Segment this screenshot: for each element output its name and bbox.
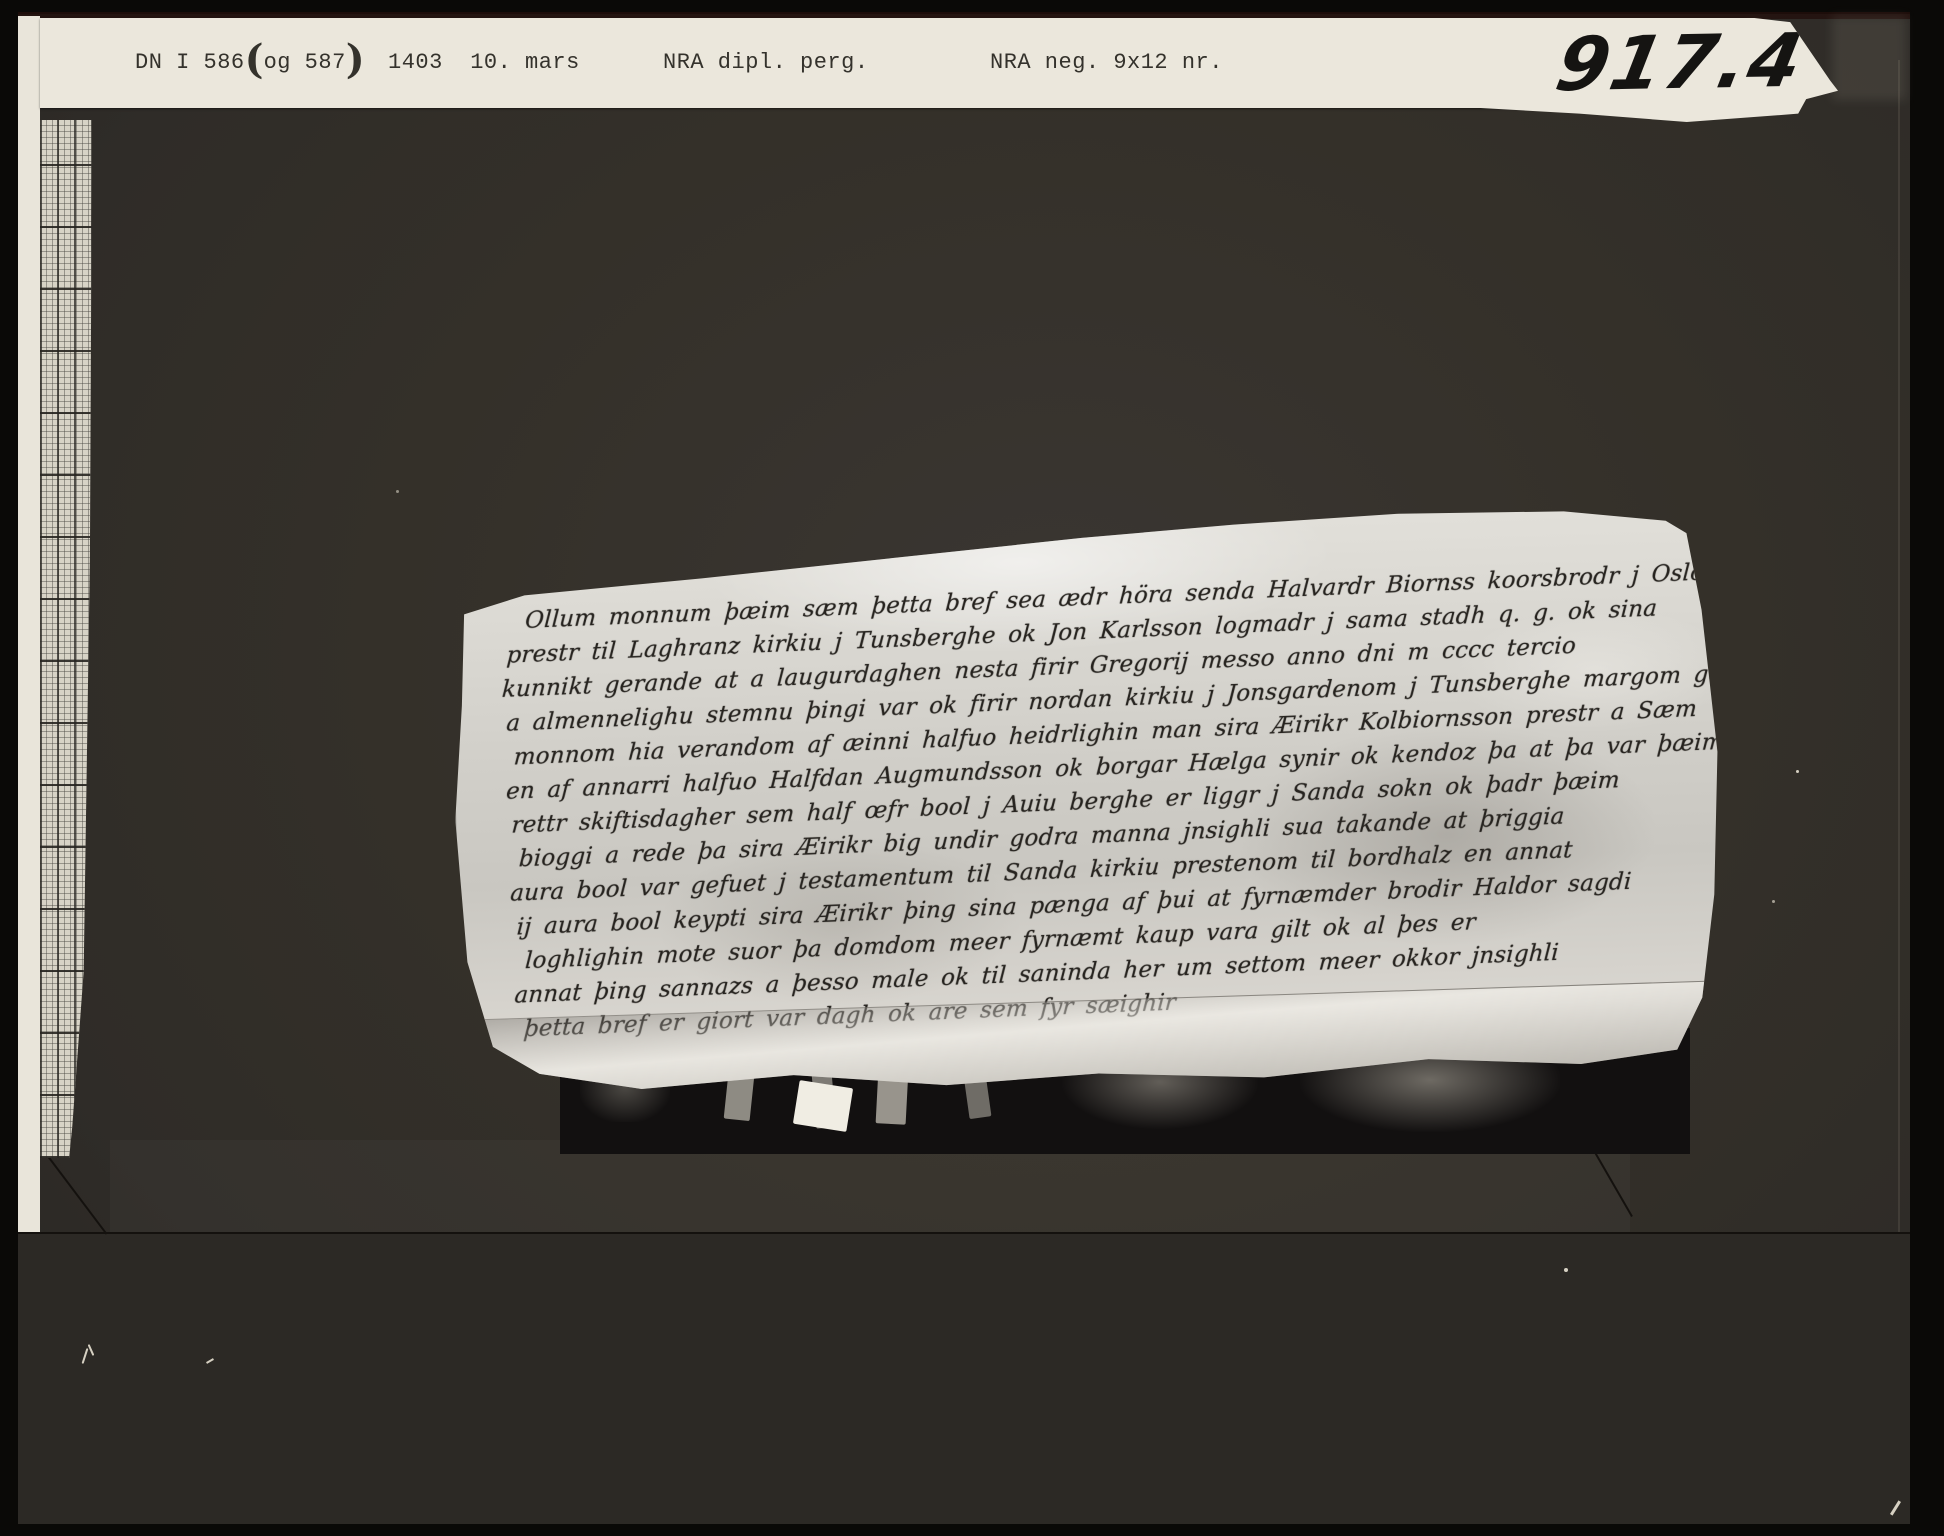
- manuscript-text: Ollum monnum þæim sæm þetta bref sea ædr…: [498, 557, 1690, 1047]
- dust-speck: [396, 490, 399, 493]
- collection-label: NRA dipl. perg.: [663, 50, 869, 75]
- archival-photograph: Ollum monnum þæim sæm þetta bref sea ædr…: [0, 0, 1944, 1536]
- handwritten-paren-open: (: [245, 36, 264, 83]
- negative-number-tag: 917.4: [1440, 18, 1838, 122]
- dust-speck: [1796, 770, 1799, 773]
- catalog-number: DN I 586(og 587): [135, 50, 365, 75]
- negative-number-handwritten: 917.4: [1549, 18, 1811, 108]
- negative-series-label: NRA neg. 9x12 nr.: [990, 50, 1223, 75]
- document-date: 1403 10. mars: [388, 50, 580, 75]
- handwritten-paren-close: ): [346, 36, 365, 83]
- mount-lower-flap: [18, 1232, 1910, 1524]
- dust-speck: [1772, 900, 1775, 903]
- dust-speck: [1564, 1268, 1568, 1272]
- parchment-document: Ollum monnum þæim sæm þetta bref sea ædr…: [446, 495, 1733, 1105]
- paper-slip: [793, 1080, 853, 1132]
- mat-corner-sheen: [1832, 16, 1906, 100]
